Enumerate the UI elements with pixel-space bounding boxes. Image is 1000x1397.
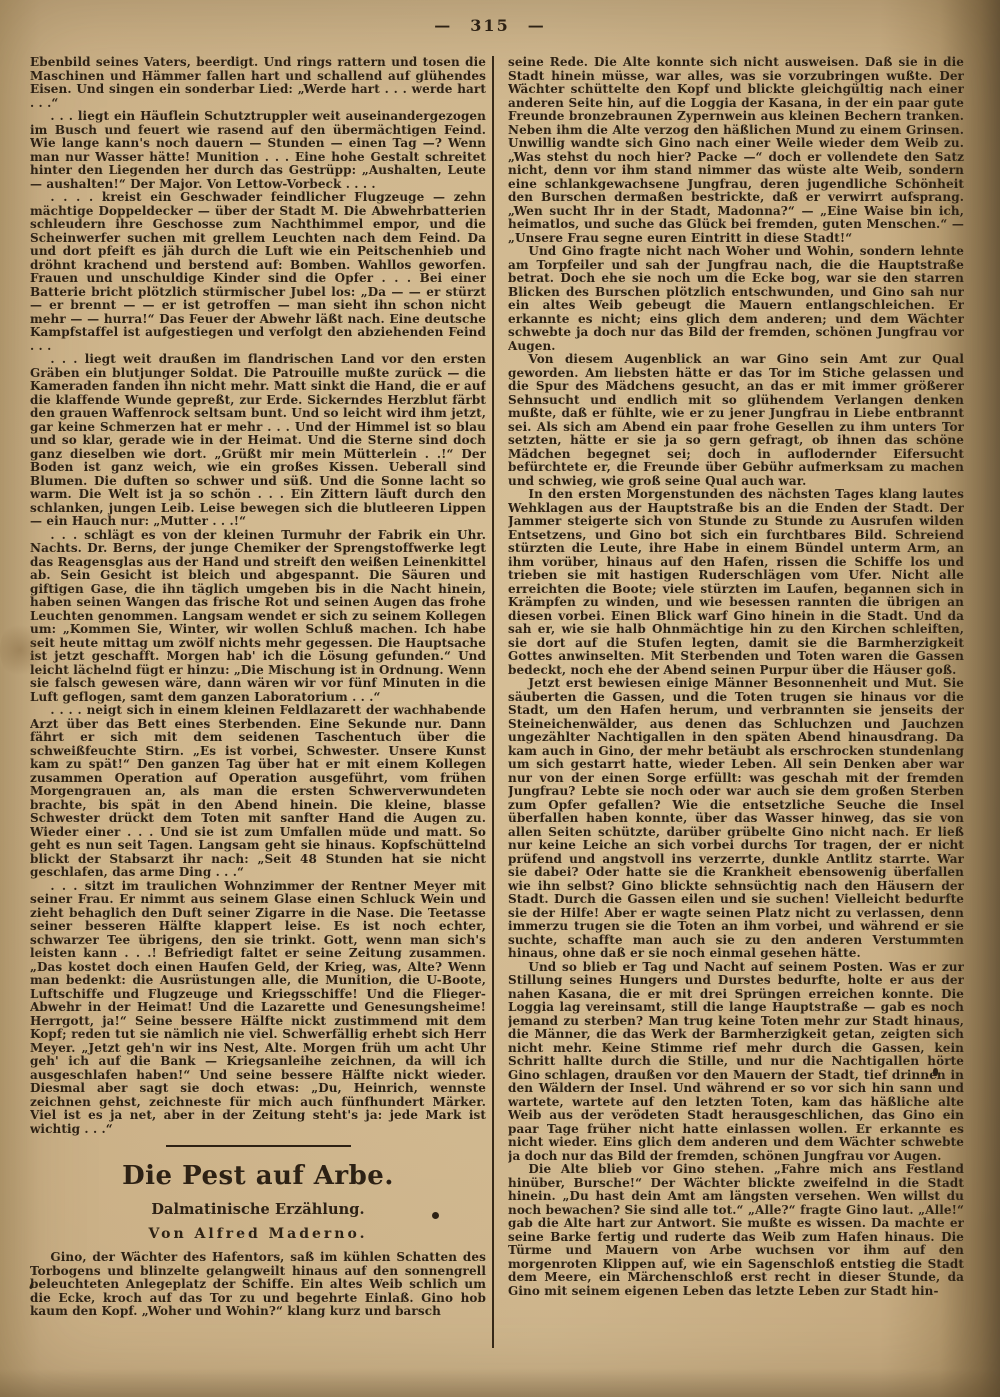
story2-paragraph: Und Gino fragte nicht nach Woher und Woh…: [508, 245, 964, 353]
story1-paragraph: . . . sitzt im traulichen Wohnzimmer der…: [30, 880, 486, 1137]
story2-paragraph: Jetzt erst bewiesen einige Männer Besonn…: [508, 677, 964, 961]
section-divider-rule: [166, 1145, 351, 1147]
story1-paragraph: . . . . kreist ein Geschwader feindliche…: [30, 191, 486, 353]
story2-paragraph: Die Alte blieb vor Gino stehen. „Fahre m…: [508, 1163, 964, 1298]
page-edge-shadow: [0, 1369, 1000, 1397]
story1-paragraph: Ebenbild seines Vaters, beerdigt. Und ri…: [30, 56, 486, 110]
story-byline: Von Alfred Maderno.: [30, 1225, 486, 1243]
page-number: 315: [470, 16, 509, 35]
page-header: —315—: [0, 16, 980, 35]
story2-paragraph: seine Rede. Die Alte konnte sich nicht a…: [508, 56, 964, 245]
story1-paragraph: . . . . neigt sich in einem kleinen Feld…: [30, 704, 486, 880]
story1-paragraph: . . . liegt ein Häuflein Schutztruppler …: [30, 110, 486, 191]
story-subtitle: Dalmatinische Erzählung.: [30, 1201, 486, 1219]
ink-speck: [933, 1068, 938, 1076]
header-dash-right: —: [510, 16, 564, 35]
story-title: Die Pest auf Arbe.: [30, 1161, 486, 1191]
story1-paragraph: . . . schlägt es von der kleinen Turmuhr…: [30, 529, 486, 705]
column-divider-rule: [492, 56, 494, 1348]
story2-paragraph: Von diesem Augenblick an war Gino sein A…: [508, 353, 964, 488]
header-dash-left: —: [416, 16, 470, 35]
paper-stain: [600, 1040, 618, 1054]
right-column: seine Rede. Die Alte konnte sich nicht a…: [508, 56, 964, 1356]
scanned-newspaper-page: —315— Ebenbild seines Vaters, beerdigt. …: [0, 0, 1000, 1397]
story2-paragraph: In den ersten Morgenstunden des nächsten…: [508, 488, 964, 677]
ink-dot: [432, 1212, 439, 1219]
story2-paragraph: Und so blieb er Tag und Nacht auf seinem…: [508, 961, 964, 1164]
story2-paragraph: Gino, der Wächter des Hafentors, saß im …: [30, 1251, 486, 1319]
paper-stain: [0, 620, 40, 680]
left-column: Ebenbild seines Vaters, beerdigt. Und ri…: [30, 56, 486, 1356]
story1-paragraph: . . . liegt weit draußen im flandrischen…: [30, 353, 486, 529]
